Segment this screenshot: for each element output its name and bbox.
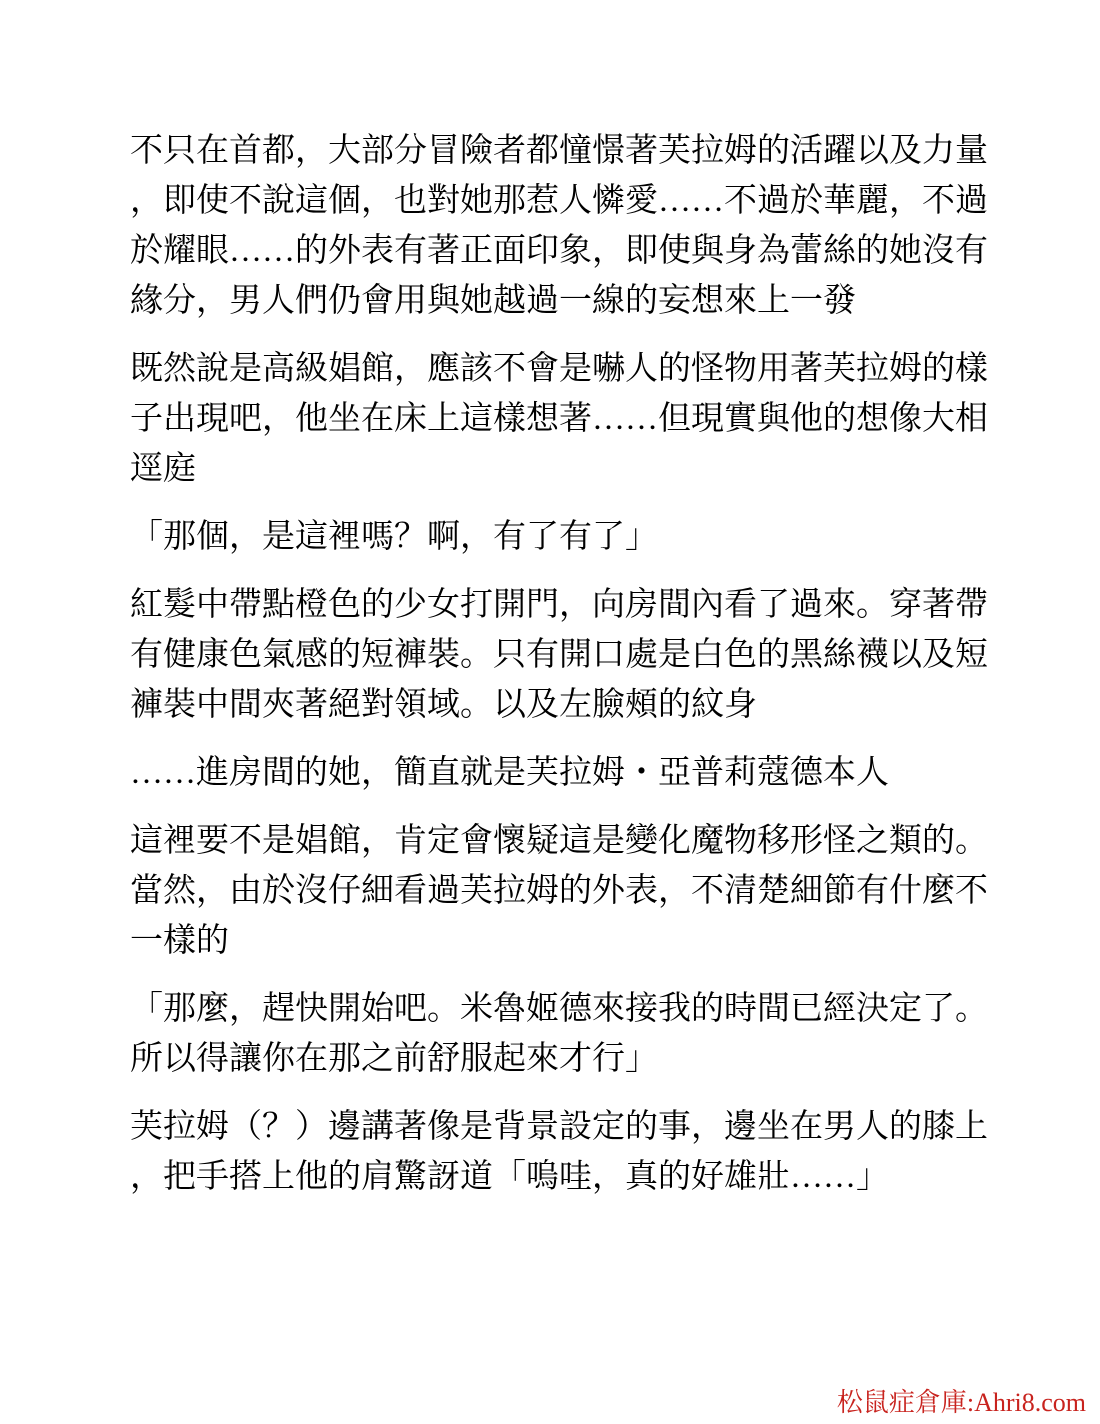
paragraph-2: 既然說是高級娼館，應該不會是嚇人的怪物用著芙拉姆的樣子出現吧，他坐在床上這樣想著… <box>130 344 988 494</box>
paragraph-1: 不只在首都，大部分冒險者都憧憬著芙拉姆的活躍以及力量，即使不說這個，也對她那惹人… <box>130 126 988 326</box>
paragraph-4: 紅髮中帶點橙色的少女打開門，向房間內看了過來。穿著帶有健康色氣感的短褲裝。只有開… <box>130 580 988 730</box>
paragraph-6: 這裡要不是娼館，肯定會懷疑這是變化魔物移形怪之類的。當然，由於沒仔細看過芙拉姆的… <box>130 816 988 966</box>
paragraph-3: 「那個，是這裡嗎？啊，有了有了」 <box>130 512 988 562</box>
watermark: 松鼠症倉庫:Ahri8.com <box>837 1387 1086 1418</box>
document-page: 不只在首都，大部分冒險者都憧憬著芙拉姆的活躍以及力量，即使不說這個，也對她那惹人… <box>0 0 1100 1424</box>
paragraph-7: 「那麼，趕快開始吧。米魯姬德來接我的時間已經決定了。所以得讓你在那之前舒服起來才… <box>130 984 988 1084</box>
paragraph-5: ……進房間的她，簡直就是芙拉姆・亞普莉蔻德本人 <box>130 748 988 798</box>
text-content: 不只在首都，大部分冒險者都憧憬著芙拉姆的活躍以及力量，即使不說這個，也對她那惹人… <box>130 126 988 1220</box>
paragraph-8: 芙拉姆（？）邊講著像是背景設定的事，邊坐在男人的膝上，把手搭上他的肩驚訝道「嗚哇… <box>130 1102 988 1202</box>
